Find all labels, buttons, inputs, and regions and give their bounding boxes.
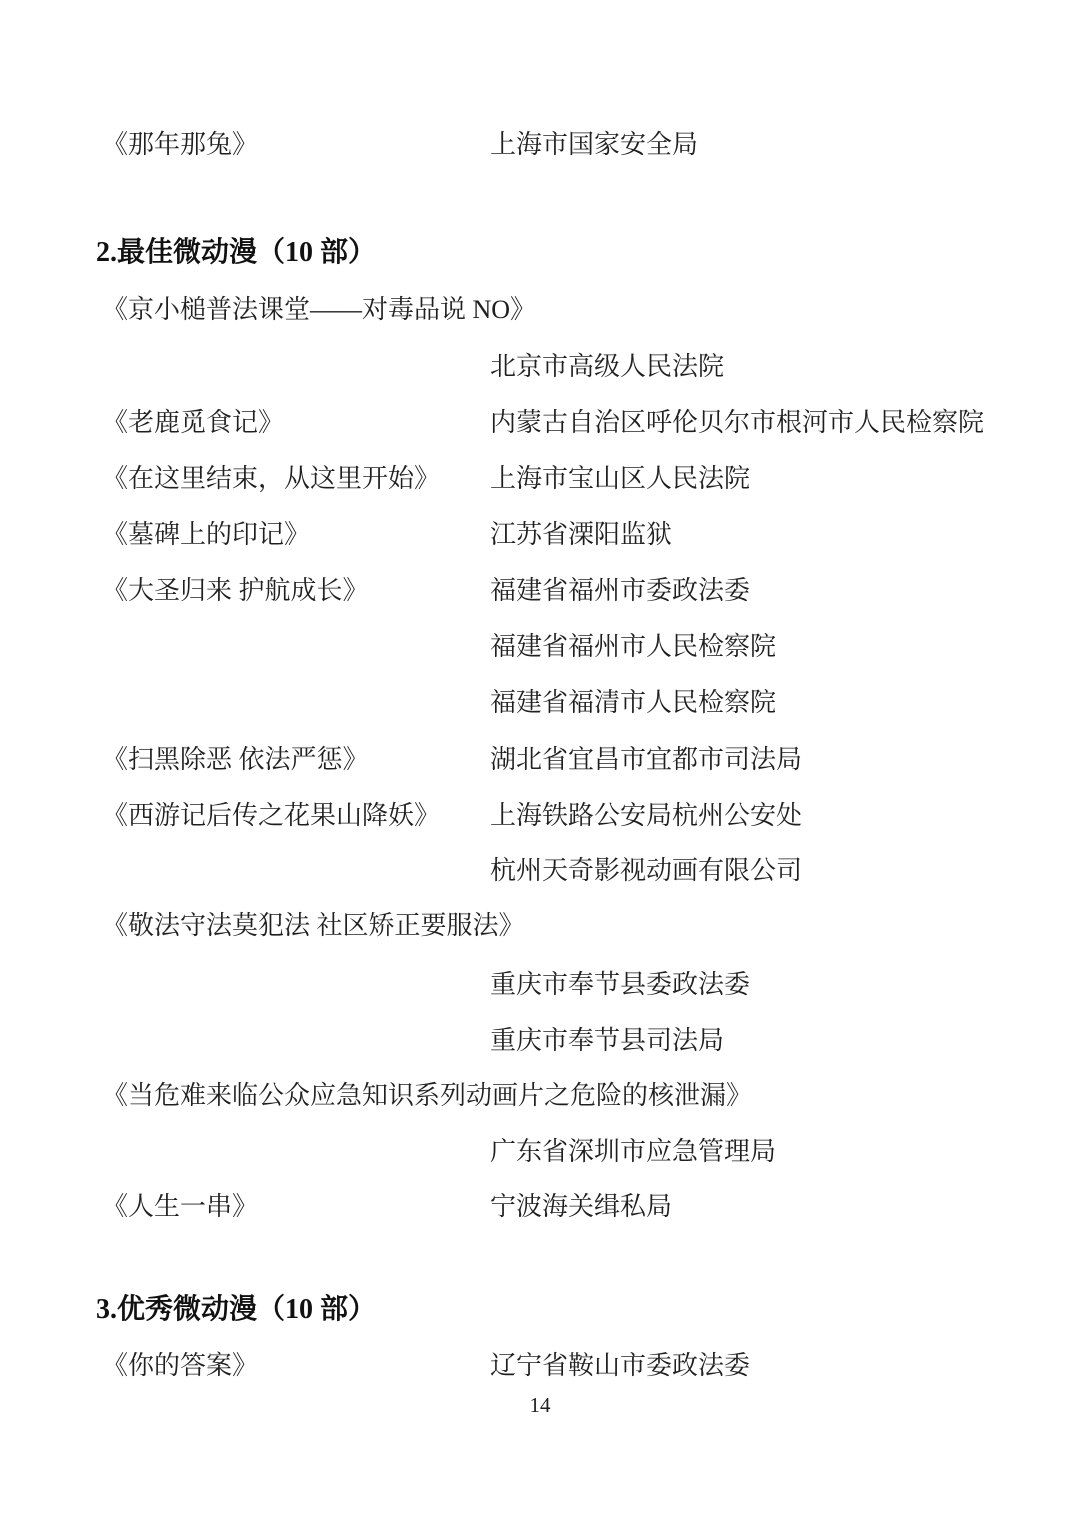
organization: 福建省福清市人民检察院	[490, 685, 776, 721]
organization: 广东省深圳市应急管理局	[490, 1134, 776, 1170]
organization: 上海市宝山区人民法院	[490, 461, 750, 497]
award-row: 重庆市奉节县委政法委	[0, 967, 1080, 1003]
organization: 福建省福州市委政法委	[490, 573, 750, 609]
work-title: 《墓碑上的印记》	[102, 517, 310, 553]
award-row: 《在这里结束，从这里开始》 上海市宝山区人民法院	[0, 461, 1080, 497]
award-row: 《扫黑除恶 依法严惩》 湖北省宜昌市宜都市司法局	[0, 742, 1080, 778]
work-title: 《敬法守法莫犯法 社区矫正要服法》	[102, 908, 525, 944]
organization: 宁波海关缉私局	[490, 1189, 672, 1225]
award-row: 《大圣归来 护航成长》 福建省福州市委政法委	[0, 573, 1080, 609]
organization: 重庆市奉节县委政法委	[490, 967, 750, 1003]
award-row: 《墓碑上的印记》 江苏省溧阳监狱	[0, 517, 1080, 553]
work-title: 《京小槌普法课堂——对毒品说 NO》	[102, 292, 536, 328]
award-row: 《京小槌普法课堂——对毒品说 NO》	[0, 292, 1080, 328]
organization: 北京市高级人民法院	[490, 349, 724, 385]
award-row: 杭州天奇影视动画有限公司	[0, 853, 1080, 889]
work-title: 《你的答案》	[102, 1348, 258, 1384]
award-row: 北京市高级人民法院	[0, 349, 1080, 385]
section-heading: 2.最佳微动漫（10 部）	[96, 235, 376, 271]
organization: 湖北省宜昌市宜都市司法局	[490, 742, 802, 778]
award-row: 《当危难来临公众应急知识系列动画片之危险的核泄漏》	[0, 1078, 1080, 1114]
organization: 江苏省溧阳监狱	[490, 517, 672, 553]
organization: 内蒙古自治区呼伦贝尔市根河市人民检察院	[490, 405, 984, 441]
organization: 辽宁省鞍山市委政法委	[490, 1348, 750, 1384]
award-row: 广东省深圳市应急管理局	[0, 1134, 1080, 1170]
award-row: 《那年那兔》 上海市国家安全局	[0, 127, 1080, 163]
work-title: 《扫黑除恶 依法严惩》	[102, 742, 369, 778]
organization: 重庆市奉节县司法局	[490, 1023, 724, 1059]
organization: 福建省福州市人民检察院	[490, 629, 776, 665]
work-title: 《当危难来临公众应急知识系列动画片之危险的核泄漏》	[102, 1078, 752, 1114]
award-row: 《老鹿觅食记》 内蒙古自治区呼伦贝尔市根河市人民检察院	[0, 405, 1080, 441]
organization: 上海铁路公安局杭州公安处	[490, 798, 802, 834]
organization: 上海市国家安全局	[490, 127, 698, 163]
award-row: 福建省福州市人民检察院	[0, 629, 1080, 665]
section-heading: 3.优秀微动漫（10 部）	[96, 1292, 376, 1328]
work-title: 《西游记后传之花果山降妖》	[102, 798, 440, 834]
award-row: 福建省福清市人民检察院	[0, 685, 1080, 721]
work-title: 《人生一串》	[102, 1189, 258, 1225]
document-page: 《那年那兔》 上海市国家安全局 2.最佳微动漫（10 部） 《京小槌普法课堂——…	[0, 0, 1080, 1527]
work-title: 《大圣归来 护航成长》	[102, 573, 369, 609]
work-title: 《老鹿觅食记》	[102, 405, 284, 441]
page-number: 14	[0, 1392, 1080, 1418]
award-row: 《西游记后传之花果山降妖》 上海铁路公安局杭州公安处	[0, 798, 1080, 834]
award-row: 《人生一串》 宁波海关缉私局	[0, 1189, 1080, 1225]
award-row: 重庆市奉节县司法局	[0, 1023, 1080, 1059]
work-title: 《那年那兔》	[102, 127, 258, 163]
award-row: 《敬法守法莫犯法 社区矫正要服法》	[0, 908, 1080, 944]
work-title: 《在这里结束，从这里开始》	[102, 461, 440, 497]
award-row: 《你的答案》 辽宁省鞍山市委政法委	[0, 1348, 1080, 1384]
organization: 杭州天奇影视动画有限公司	[490, 853, 802, 889]
